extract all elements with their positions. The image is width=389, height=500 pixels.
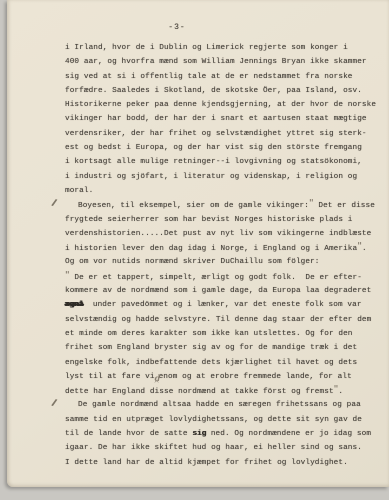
text-line: verdensriker, der har frihet og selvstæn… <box>65 127 373 141</box>
text-line: lyst til at fare vi^denom og at erobre f… <box>65 370 373 384</box>
page-number: -3- <box>7 23 347 32</box>
text-line: frygtede seierherrer som har bevist Norg… <box>65 213 373 227</box>
typed-text: Det er disse <box>314 202 375 210</box>
pencil-quote-annotation: " <box>65 269 70 283</box>
text-line: selvstændig og hadde selvstyre. Til denn… <box>65 313 373 327</box>
text-line: forfædre. Saaledes i Skotland, de skotsk… <box>65 84 373 98</box>
text-line: //Boyesen, til eksempel, sier om de gaml… <box>65 198 373 212</box>
typed-text: til de lande hvor de satte <box>65 430 192 438</box>
text-line: frihet som England bryster sig av og for… <box>65 341 373 355</box>
text-line: verdenshistorien.....Det pust av nyt liv… <box>65 227 373 241</box>
typed-text: selvstændig og hadde selvstyre. Til denn… <box>65 316 371 324</box>
typed-text: igaar. De har ikke skiftet hud og haar, … <box>65 444 362 452</box>
text-line: sig ved at si i offentlig tale at de er … <box>65 70 373 84</box>
text-line: samme tid en utpræget lovlydighetssans, … <box>65 413 373 427</box>
typed-text: Og om vor nutids normænd skriver DuChail… <box>65 258 320 266</box>
text-line: est og bedst i Europa, og der har vist s… <box>65 141 373 155</box>
text-line: kommere av de nordmænd som i gamle dage,… <box>65 284 373 298</box>
text-line: ægnå under pavedömmet og i lænker, var d… <box>65 298 373 312</box>
typed-text: i industri og sjöfart, i literatur og vi… <box>65 173 357 181</box>
scanned-page: -3- i Irland, hvor de i Dublin og Limeri… <box>7 0 389 487</box>
document-text-block: i Irland, hvor de i Dublin og Limerick r… <box>65 41 373 470</box>
text-line: " De er et tappert, simpelt, ærligt og g… <box>65 270 373 284</box>
typed-text: . <box>338 388 343 396</box>
text-line: igaar. De har ikke skiftet hud og haar, … <box>65 441 373 455</box>
pencil-paragraph-mark: // <box>50 397 56 411</box>
typed-text: De gamle nordmænd altsaa hadde en særege… <box>78 401 361 409</box>
text-line: vikinger har bodd, der har der i snart e… <box>65 112 373 126</box>
typed-text: Boyesen, til eksempel, sier om de gamle … <box>78 202 309 210</box>
typed-text: est og bedst i Europa, og der har vist s… <box>65 144 362 152</box>
text-line: //De gamle nordmænd altsaa hadde en sære… <box>65 398 373 412</box>
typed-text: samme tid en utpræget lovlydighetssans, … <box>65 416 362 424</box>
text-line: i kortsagt alle mulige retninger--i lovg… <box>65 155 373 169</box>
pencil-quote-annotation: " <box>309 197 314 211</box>
screenshot-root: { "page": { "number_label": "-3-", "colo… <box>0 0 389 500</box>
typed-text: kommere av de nordmænd som i gamle dage,… <box>65 287 371 295</box>
typed-text: i historien lever den dag idag i Norge, … <box>65 245 357 253</box>
text-line: i Irland, hvor de i Dublin og Limerick r… <box>65 41 373 55</box>
typed-text: vikinger har bodd, der har der i snart e… <box>65 115 367 123</box>
text-line: i industri og sjöfart, i literatur og vi… <box>65 170 373 184</box>
text-line: dette har England disse nordmænd at takk… <box>65 384 373 398</box>
inserted-letter: d <box>155 371 161 385</box>
typed-text: frygtede seierherrer som har bevist Norg… <box>65 216 353 224</box>
typed-text: 400 aar, og hvorfra mænd som William Jen… <box>65 58 367 66</box>
typed-text: forfædre. Saaledes i Skotland, de skotsk… <box>65 87 362 95</box>
typed-text: Historikerne peker paa denne kjendsgjern… <box>65 101 376 109</box>
text-line: Historikerne peker paa denne kjendsgjern… <box>65 98 373 112</box>
pencil-quote-annotation: " <box>357 240 362 254</box>
text-line: et minde om deres karakter som ikke kan … <box>65 327 373 341</box>
typed-text: verdenshistorien.....Det pust av nyt liv… <box>65 230 371 238</box>
overtyped-deleted-word: ægnå <box>65 301 83 309</box>
text-line: til de lande hvor de satte sig ned. Og n… <box>65 427 373 441</box>
text-line: I dette land har de altid kjæmpet for fr… <box>65 456 373 470</box>
text-line: Og om vor nutids normænd skriver DuChail… <box>65 255 373 269</box>
typed-text: ned. Og nordmændene er jo idag som <box>206 430 371 438</box>
typed-text: lyst til at fare vi <box>65 373 155 381</box>
typed-text: engelske folk, indbefattende dets kjærli… <box>65 359 357 367</box>
text-line: i historien lever den dag idag i Norge, … <box>65 241 373 255</box>
typed-text: i kortsagt alle mulige retninger--i lovg… <box>65 158 362 166</box>
typed-text: et minde om deres karakter som ikke kan … <box>65 330 353 338</box>
typed-text: I dette land har de altid kjæmpet for fr… <box>65 459 348 467</box>
typed-text: De er et tappert, simpelt, ærligt og god… <box>70 274 362 282</box>
typed-text: moral. <box>65 187 93 195</box>
typed-text: . <box>362 245 367 253</box>
text-line: engelske folk, indbefattende dets kjærli… <box>65 356 373 370</box>
typed-text: i Irland, hvor de i Dublin og Limerick r… <box>65 44 348 52</box>
text-line: 400 aar, og hvorfra mænd som William Jen… <box>65 55 373 69</box>
typed-text: dette har England disse nordmænd at takk… <box>65 388 334 396</box>
pencil-paragraph-mark: // <box>50 196 56 210</box>
typed-text: enom og at erobre fremmede lande, for al… <box>159 373 352 381</box>
overtyped-correction: sig <box>192 430 206 438</box>
typed-text: verdensriker, der har frihet og selvstæn… <box>65 130 367 138</box>
typed-text: under pavedömmet og i lænker, var det en… <box>83 301 361 309</box>
typed-text: sig ved at si i offentlig tale at de er … <box>65 73 353 81</box>
text-line: moral. <box>65 184 373 198</box>
pencil-quote-annotation: " <box>334 383 339 397</box>
typed-text: frihet som England bryster sig av og for… <box>65 344 357 352</box>
